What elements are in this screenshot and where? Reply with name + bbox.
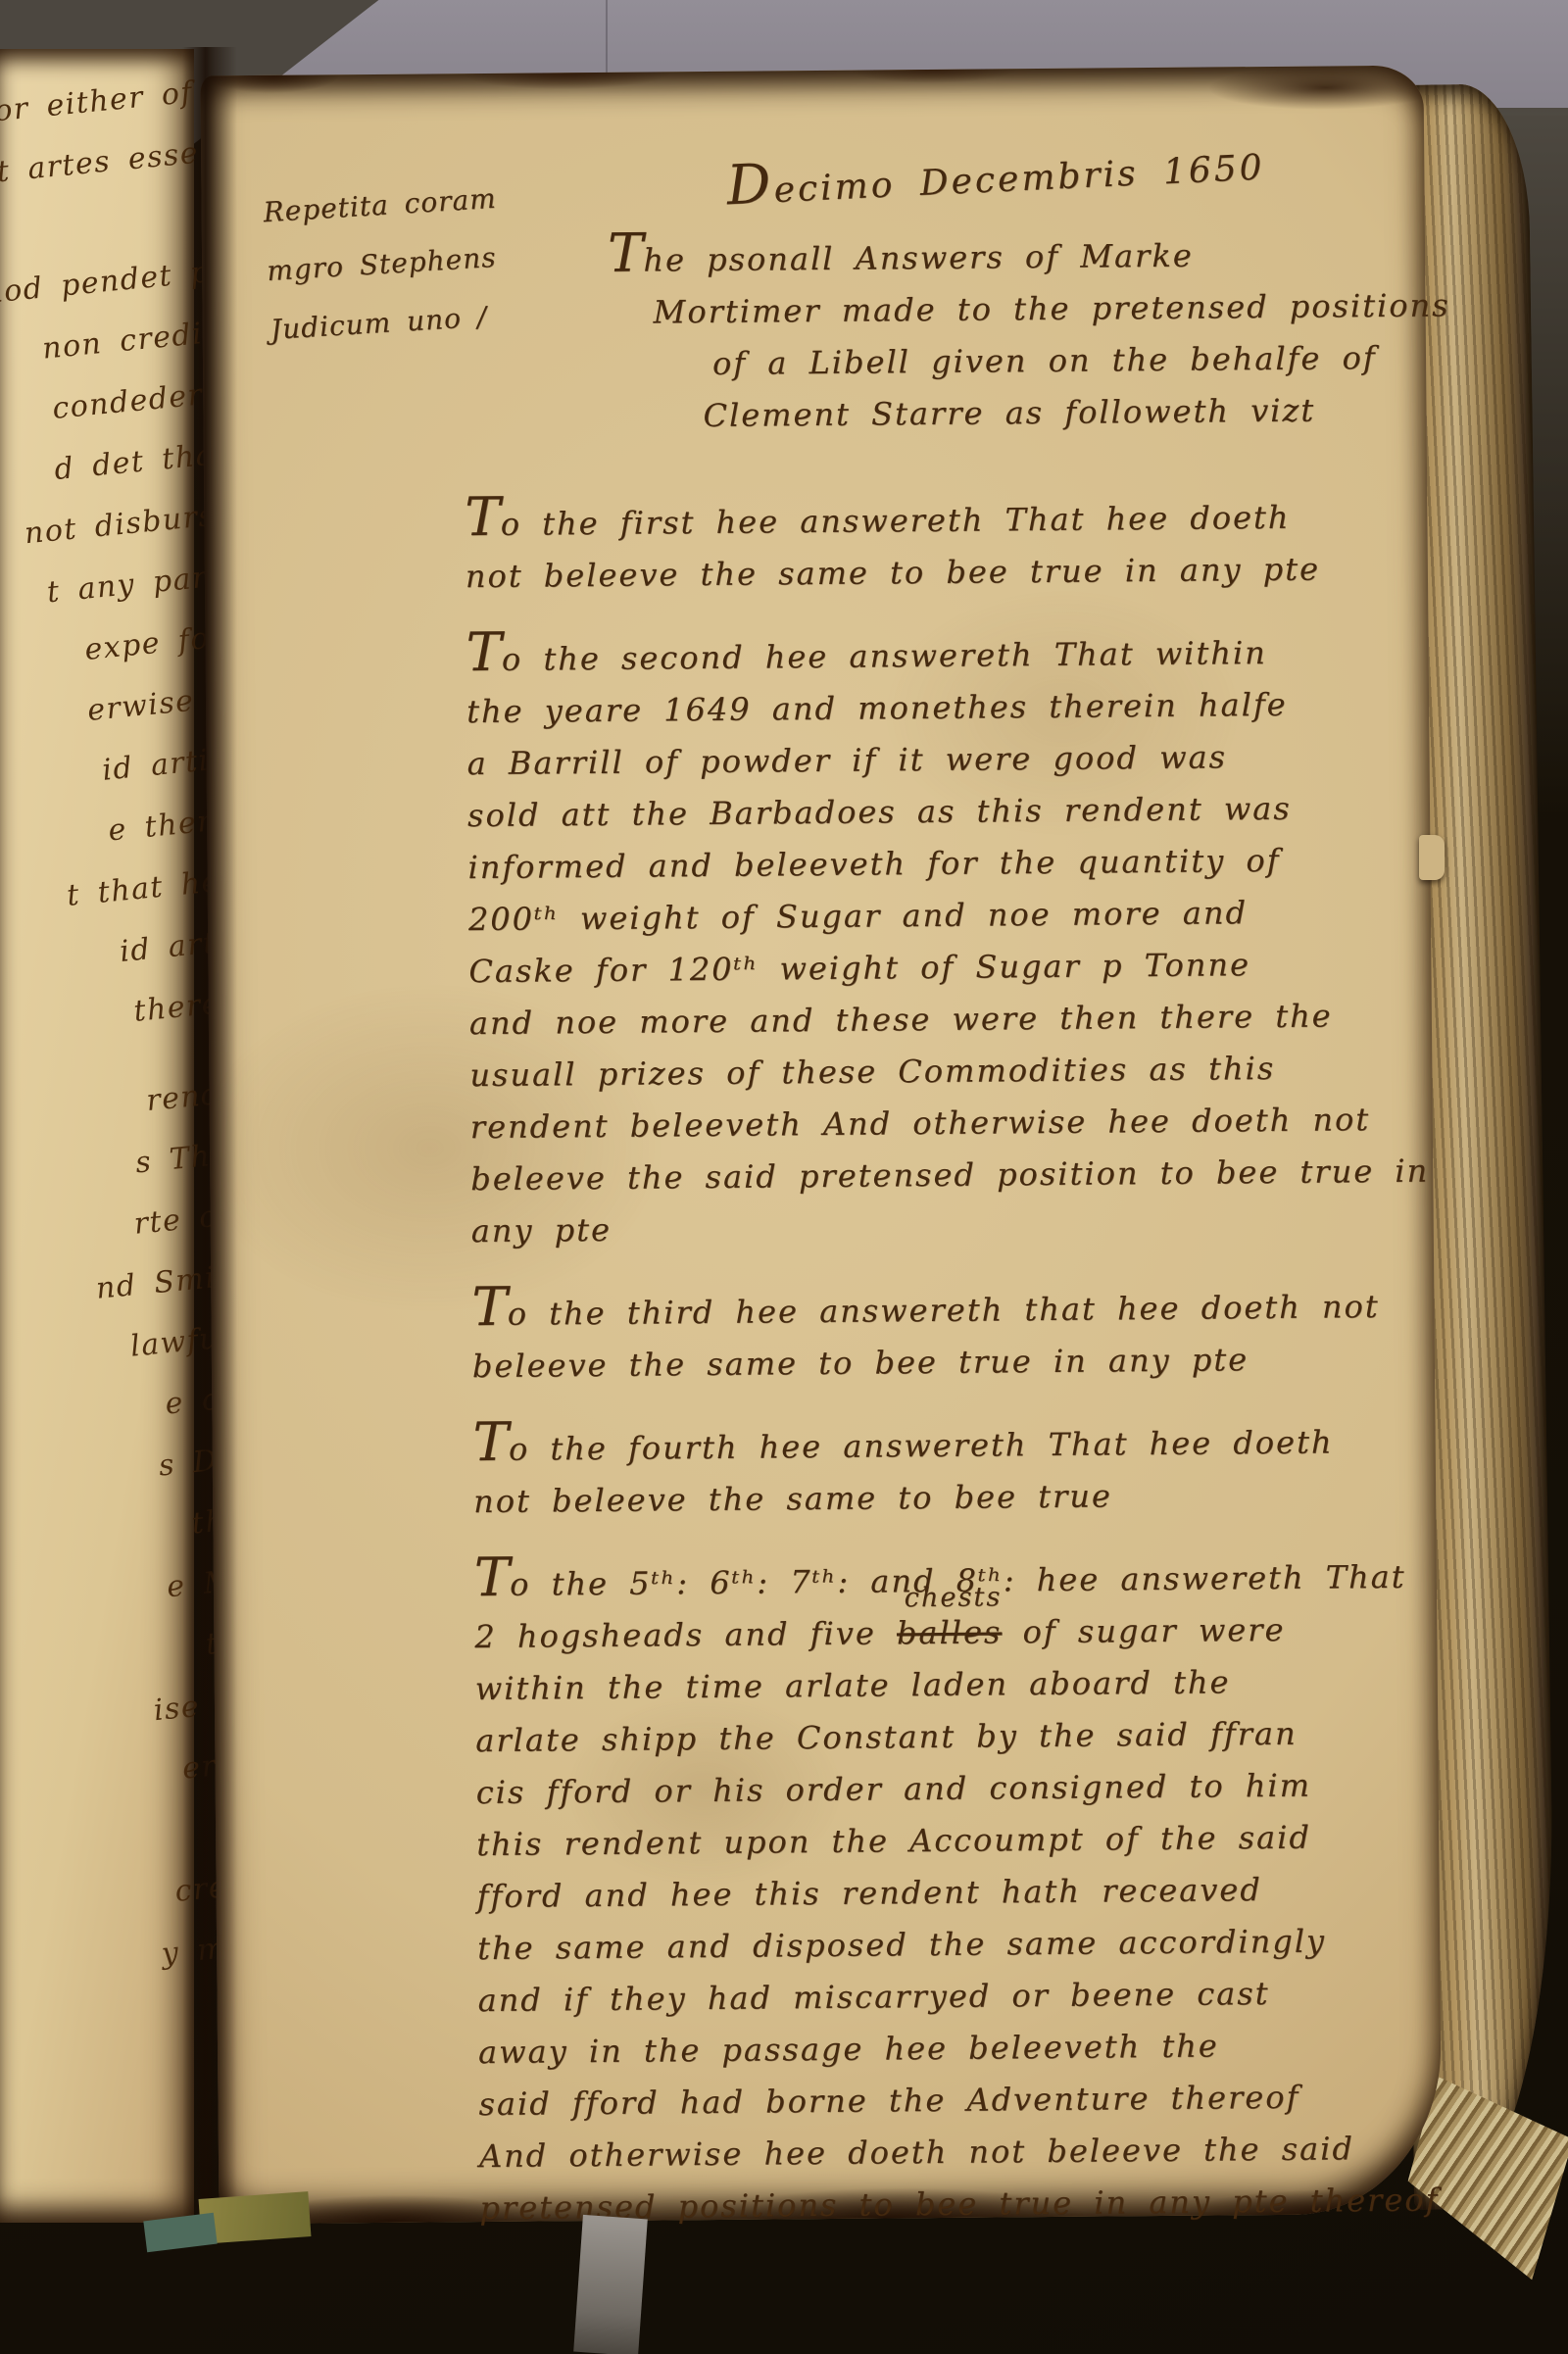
manuscript-line: the same and disposed the same according…: [477, 1915, 1438, 1976]
manuscript-line: Caske for 120ᵗʰ weight of Sugar p Tonne: [468, 938, 1429, 999]
right-page-text: Repetita corammgro StephensJudicum uno /…: [200, 66, 1442, 2225]
manuscript-line: beleeve the said pretensed position to b…: [470, 1146, 1431, 1206]
amendment: balleschests: [897, 1606, 1003, 1659]
manuscript-line: said fford had borne the Adventure there…: [478, 2071, 1439, 2132]
manuscript-line: And otherwise hee doeth not beleeve the …: [479, 2123, 1440, 2183]
answer-paragraph-5: To the 5ᵗʰ: 6ᵗʰ: 7ᵗʰ: and 8ᵗʰ: hee answe…: [474, 1544, 1441, 2235]
manuscript-line: cis fford or his order and consigned to …: [476, 1759, 1437, 1820]
left-page: or either ofot artes essenod pendet pnon…: [0, 49, 194, 2223]
manuscript-line: not beleeve the same to bee true in any …: [465, 543, 1426, 604]
answer-5-remainder: within the time arlate laden aboard thea…: [475, 1655, 1441, 2235]
manuscript-line-amended: 2 hogsheads and five balleschests of sug…: [474, 1603, 1435, 1664]
manuscript-line: away in the passage hee beleeveth the: [478, 2019, 1439, 2080]
page-edge-tab: [1419, 835, 1445, 880]
manuscript-line: sold att the Barbadoes as this rendent w…: [467, 782, 1428, 843]
manuscript-line: beleeve the same to bee true in any pte: [472, 1333, 1433, 1394]
manuscript-line: a Barrill of powder if it were good was: [466, 730, 1427, 791]
answer-paragraph-4: To the fourth hee answereth That hee doe…: [472, 1408, 1434, 1529]
bookmark-strap: [573, 2215, 648, 2354]
manuscript-line: usuall prizes of these Commodities as th…: [469, 1042, 1430, 1103]
manuscript-line: not beleeve the same to bee true: [473, 1468, 1434, 1529]
answer-paragraph-1: To the first hee answereth That hee doet…: [465, 483, 1426, 604]
manuscript-line: and if they had miscarryed or beene cast: [477, 1967, 1438, 2028]
right-page: Repetita corammgro StephensJudicum uno /…: [200, 66, 1442, 2225]
manuscript-line: To the first hee answereth That hee doet…: [465, 483, 1425, 552]
answer-paragraph-2: To the second hee answereth That withint…: [465, 618, 1432, 1258]
manuscript-line: and noe more and these were then there t…: [469, 990, 1430, 1051]
manuscript-line: To the second hee answereth That within: [465, 618, 1426, 687]
amended-pre-text: 2 hogsheads and five: [474, 1614, 897, 1655]
manuscript-line: fford and hee this rendent hath receaved: [476, 1863, 1437, 1924]
manuscript-photo: or either ofot artes essenod pendet pnon…: [0, 0, 1568, 2354]
interlined-word: chests: [904, 1571, 1002, 1624]
manuscript-line: of a Libell given on the behalfe of: [712, 332, 1424, 390]
answer-paragraph-3: To the third hee answereth that hee doet…: [471, 1273, 1433, 1394]
manuscript-line: Clement Starre as followeth vizt: [703, 384, 1424, 442]
manuscript-line: arlate shipp the Constant by the said ff…: [475, 1707, 1436, 1768]
body-text: The psonall Answers of MarkeMortimer mad…: [463, 221, 1441, 2234]
manuscript-line: 200ᵗʰ weight of Sugar and noe more and: [468, 886, 1429, 947]
title-block: The psonall Answers of MarkeMortimer mad…: [608, 221, 1425, 443]
manuscript-line: informed and beleeveth for the quantity …: [467, 834, 1428, 895]
manuscript-line: within the time arlate laden aboard the: [475, 1655, 1436, 1716]
manuscript-line: this rendent upon the Accoumpt of the sa…: [476, 1811, 1437, 1872]
manuscript-line: the yeare 1649 and monethes therein half…: [466, 678, 1427, 739]
manuscript-line: To the third hee answereth that hee doet…: [471, 1273, 1432, 1342]
manuscript-line: any pte: [471, 1198, 1432, 1258]
manuscript-line: Mortimer made to the pretensed positions: [653, 280, 1423, 339]
date-heading: Decimo Decembris 1650: [725, 129, 1266, 219]
manuscript-line: To the fourth hee answereth That hee doe…: [472, 1408, 1433, 1477]
amended-post-text: of sugar were: [1002, 1611, 1285, 1651]
manuscript-line: The psonall Answers of Marke: [608, 221, 1424, 287]
manuscript-line: rendent beleeveth And otherwise hee doet…: [470, 1094, 1431, 1154]
